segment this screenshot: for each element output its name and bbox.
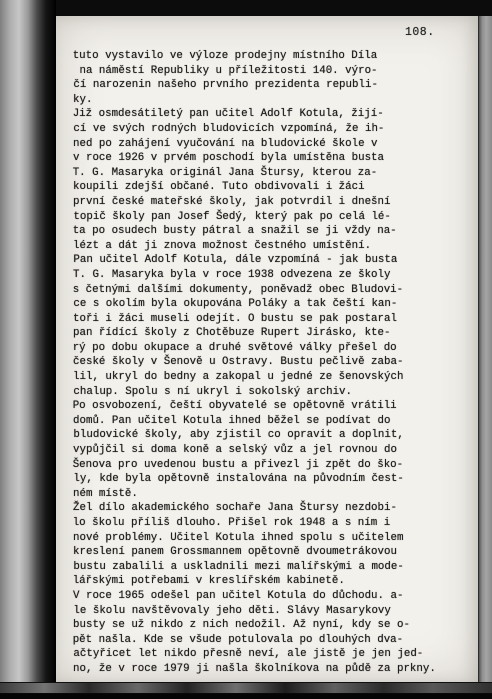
text-line: Žel dílo akademického sochaře Jana Šturs…	[73, 501, 473, 516]
scan-bottom-border	[0, 694, 492, 699]
text-line: ném místě.	[73, 487, 473, 502]
text-line: le školu navštěvovaly jeho děti. Slávy M…	[73, 604, 473, 619]
text-line: ky.	[73, 93, 473, 108]
text-line: no, že v roce 1979 ji našla školníkova n…	[73, 662, 473, 677]
document-page: 108. tuto vystavilo ve výloze prodejny m…	[56, 16, 479, 684]
text-line: bludovické školy, aby zjistil co opravit…	[73, 428, 473, 443]
text-line: v roce 1926 v prvém poschodí byla umístě…	[73, 151, 473, 166]
text-line: lézt a dát ji znova možnost čestného umí…	[73, 239, 473, 254]
text-line: ta po osudech busty pátral a snažil se j…	[73, 224, 473, 239]
text-line: kreslení panem Grossmannem opětovně dvou…	[73, 545, 473, 560]
text-line: tuto vystavilo ve výloze prodejny místní…	[73, 49, 473, 64]
text-line: ce s okolím byla okupována Poláky a tak …	[73, 297, 473, 312]
text-line: lářskými potřebami v kreslířském kabinet…	[73, 574, 473, 589]
text-line: ned po zahájení vyučování na bludovické …	[73, 137, 473, 152]
text-line: ly, kde byla opětovně instalována na pův…	[73, 472, 473, 487]
text-line: české školy v Šenově u Ostravy. Bustu pe…	[73, 355, 473, 370]
text-line: na náměstí Republiky u příležitosti 140.…	[73, 64, 473, 79]
scan-bottom-edge	[0, 682, 492, 694]
text-line: pět našla. Kde se všude potulovala po dl…	[73, 633, 473, 648]
text-line: bustu zabalili a uskladnili mezi malířsk…	[73, 560, 473, 575]
text-line: čí narozenin našeho prvního prezidenta r…	[73, 78, 473, 93]
text-line: toři i žáci museli odejít. O bustu se pa…	[73, 312, 473, 327]
text-line: ačtyřicet let nikdo přesně neví, ale jis…	[73, 647, 473, 662]
text-line: T. G. Masaryka byla v roce 1938 odvezena…	[73, 268, 473, 283]
text-line: topič školy pan Josef Šedý, který pak po…	[73, 210, 473, 225]
text-line: první české mateřské školy, jak potvrdil…	[73, 195, 473, 210]
text-line: lo školu příliš dlouho. Přišel rok 1948 …	[73, 516, 473, 531]
text-line: pan řídící školy z Chotěbuze Rupert Jirá…	[73, 326, 473, 341]
page-number: 108.	[405, 26, 435, 39]
text-line: Šenova pro uvedenou bustu a přivezl ji z…	[73, 458, 473, 473]
text-line: nové problémy. Učitel Kotula ihned spolu…	[73, 531, 473, 546]
text-line: cí ve svých rodných bludovicích vzpomíná…	[73, 122, 473, 137]
text-line: Pan učitel Adolf Kotula, dále vzpomíná -…	[73, 253, 473, 268]
text-line: domů. Pan učitel Kotula ihned běžel se p…	[73, 414, 473, 429]
text-line: lil, ukryl do bedny a zakopal u jedné ze…	[73, 370, 473, 385]
text-line: busty se už nikdo z nich nedožil. Až nyn…	[73, 618, 473, 633]
text-line: V roce 1965 odešel pan učitel Kotula do …	[73, 589, 473, 604]
page-edge-right	[478, 16, 492, 684]
text-line: Po osvobození, čeští obyvatelé se opětov…	[73, 399, 473, 414]
text-line: vypůjčil si doma koně a selský vůz a jel…	[73, 443, 473, 458]
text-line: chalup. Spolu s ní ukryl i sokolský arch…	[73, 385, 473, 400]
text-line: s četnými dalšími dokumenty, poněvadž ob…	[73, 283, 473, 298]
book-spine-shadow	[0, 0, 56, 699]
text-line: Již osmdesátiletý pan učitel Adolf Kotul…	[73, 107, 473, 122]
text-line: T. G. Masaryka originál Jana Štursy, kte…	[73, 166, 473, 181]
text-line: rý po dobu okupace a druhé světové války…	[73, 341, 473, 356]
text-line: koupili zdejší občané. Tuto obdivovali i…	[73, 180, 473, 195]
typewritten-text: tuto vystavilo ve výloze prodejny místní…	[73, 49, 473, 677]
scanned-document: 108. tuto vystavilo ve výloze prodejny m…	[0, 0, 492, 699]
